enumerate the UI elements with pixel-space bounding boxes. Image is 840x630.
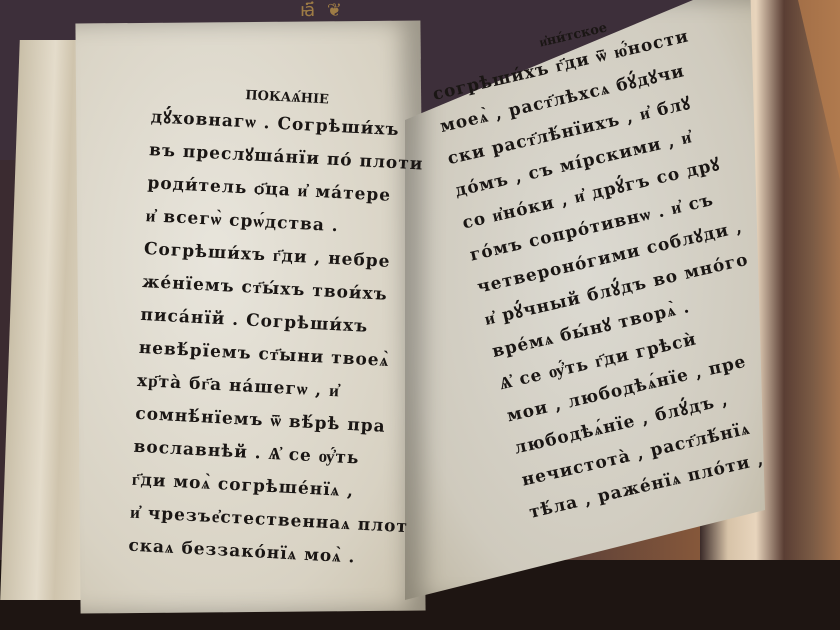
left-page-text: ПОКАѦ́НІЕ дꙋ́ховнагѡ . Согрѣши́хъ въ пре… <box>128 81 423 576</box>
gilt-text: ꙗ҃ ❦ <box>300 0 560 21</box>
